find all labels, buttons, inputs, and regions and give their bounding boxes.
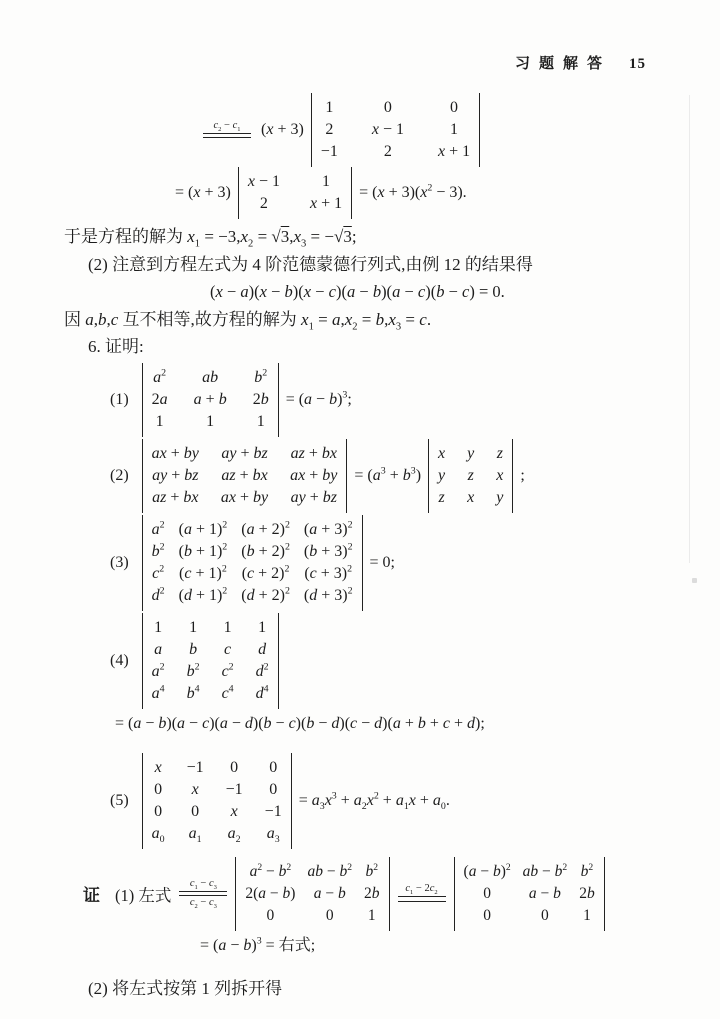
matrix-cell: 0 bbox=[483, 905, 491, 927]
matrix-cell: d2 bbox=[256, 661, 269, 683]
matrix-cell: b4 bbox=[187, 683, 200, 705]
item-rhs: = a3x3 + a2x2 + a1x + a0. bbox=[299, 792, 450, 810]
matrix-cell: b2 bbox=[187, 661, 200, 683]
matrix-cell: x + 1 bbox=[438, 141, 470, 163]
matrix-cell: (a + 3)2 bbox=[304, 519, 353, 541]
matrix-cell: x bbox=[155, 757, 162, 779]
determinant-3x3: 1002x − 11−12x + 1 bbox=[311, 93, 480, 167]
matrix-cell: ax + by bbox=[290, 465, 337, 487]
matrix-cell: y bbox=[467, 443, 474, 465]
page-header: 习题解答 15 bbox=[64, 52, 658, 73]
matrix-cell: 1 bbox=[325, 97, 333, 119]
equation-step-1: c2 − c1 (x + 3) 1002x − 11−12x + 1 bbox=[200, 93, 658, 167]
determinant-2x2: x − 112x + 1 bbox=[238, 167, 352, 219]
matrix-cell: 1 bbox=[450, 119, 458, 141]
matrix-cell: a0 bbox=[152, 823, 165, 845]
matrix-cell: d4 bbox=[256, 683, 269, 705]
matrix-cell: −1 bbox=[187, 757, 204, 779]
matrix-cell: y bbox=[438, 465, 445, 487]
matrix-cell: b2 bbox=[365, 861, 378, 883]
matrix-cell: 1 bbox=[154, 617, 162, 639]
matrix-cell: (d + 3)2 bbox=[304, 585, 353, 607]
matrix-cell: ab − b2 bbox=[523, 861, 568, 883]
matrix-cell: c4 bbox=[222, 683, 234, 705]
textbook-page: 习题解答 15 c2 − c1 (x + 3) 1002x − 11−12x +… bbox=[0, 0, 720, 1019]
matrix-cell: 1 bbox=[368, 905, 376, 927]
matrix-cell: 2a bbox=[152, 389, 168, 411]
factor: (x + 3) bbox=[261, 121, 304, 139]
matrix-cell: ab bbox=[202, 367, 218, 389]
matrix-cell: 0 bbox=[450, 97, 458, 119]
matrix-cell: x + 1 bbox=[310, 193, 342, 215]
solution-part2-equation: (x − a)(x − b)(x − c)(a − b)(a − c)(b − … bbox=[64, 278, 658, 306]
matrix-cell: 1 bbox=[206, 411, 214, 433]
matrix-cell: 2b bbox=[364, 883, 380, 905]
matrix-cell: 0 bbox=[191, 801, 199, 823]
matrix-cell: 0 bbox=[483, 883, 491, 905]
problem6-item-2: (2) ax + byay + bzaz + bxay + bzaz + bxa… bbox=[110, 439, 658, 513]
solution-text-block: 于是方程的解为 x1 = −3,x2 = √3,x3 = −√3; (2) 注意… bbox=[64, 223, 658, 361]
matrix-cell: (c + 2)2 bbox=[242, 563, 290, 585]
matrix-cell: 2 bbox=[384, 141, 392, 163]
matrix-cell: x bbox=[231, 801, 238, 823]
solution-part2-text: (2) 注意到方程左式为 4 阶范德蒙德行列式,由例 12 的结果得 bbox=[64, 251, 658, 279]
matrix-cell: a2 bbox=[228, 823, 241, 845]
matrix-cell: (a + 2)2 bbox=[241, 519, 290, 541]
matrix-cell: x − 1 bbox=[248, 171, 280, 193]
matrix-cell: d bbox=[258, 639, 266, 661]
matrix-cell: 0 bbox=[230, 757, 238, 779]
item-4-result: = (a − b)(a − c)(a − d)(b − c)(b − d)(c … bbox=[115, 711, 658, 737]
scan-artifact-speck bbox=[692, 578, 697, 583]
matrix-cell: (b + 2)2 bbox=[241, 541, 290, 563]
matrix-cell: 2b bbox=[253, 389, 269, 411]
long-equal-bar bbox=[398, 896, 446, 902]
determinant-4x4: a2(a + 1)2(a + 2)2(a + 3)2b2(b + 1)2(b +… bbox=[142, 515, 363, 611]
matrix-cell: 1 bbox=[189, 617, 197, 639]
item-rhs: = (a − b)3; bbox=[286, 391, 352, 409]
determinant-3x3: ax + byay + bzaz + bxay + bzaz + bxax + … bbox=[142, 439, 348, 513]
long-equal-bar bbox=[179, 891, 227, 897]
matrix-cell: (b + 1)2 bbox=[179, 541, 228, 563]
matrix-cell: a + b bbox=[194, 389, 227, 411]
matrix-cell: a4 bbox=[152, 683, 165, 705]
matrix-cell: x bbox=[192, 779, 199, 801]
matrix-cell: 1 bbox=[322, 171, 330, 193]
matrix-cell: 0 bbox=[267, 905, 275, 927]
matrix-cell: 0 bbox=[269, 779, 277, 801]
matrix-cell: ay + bz bbox=[221, 443, 267, 465]
matrix-cell: a − b bbox=[314, 883, 346, 905]
matrix-cell: x bbox=[438, 443, 445, 465]
matrix-cell: (a − b)2 bbox=[464, 861, 511, 883]
proof-lead: 证 bbox=[83, 881, 100, 906]
matrix-cell: y bbox=[496, 487, 503, 509]
solution-conclusion-1: 于是方程的解为 x1 = −3,x2 = √3,x3 = −√3; bbox=[64, 223, 658, 251]
matrix-cell: ab − b2 bbox=[307, 861, 352, 883]
matrix-cell: a − b bbox=[529, 883, 561, 905]
problem6-heading: 6. 证明: bbox=[64, 333, 658, 361]
header-title: 习题解答 bbox=[515, 52, 611, 73]
matrix-cell: b2 bbox=[152, 541, 165, 563]
column-operation-label-top: c1 − c3 bbox=[190, 879, 217, 890]
step2-prefix: = (x + 3) bbox=[175, 184, 231, 202]
matrix-cell: a2 bbox=[153, 367, 166, 389]
matrix-cell: ax + by bbox=[221, 487, 268, 509]
item-label: (3) bbox=[110, 554, 129, 572]
matrix-cell: −1 bbox=[321, 141, 338, 163]
matrix-cell: x bbox=[496, 465, 503, 487]
matrix-cell: (d + 2)2 bbox=[241, 585, 290, 607]
matrix-cell: a2 − b2 bbox=[250, 861, 292, 883]
determinant-3x3: (a − b)2ab − b2b20a − b2b001 bbox=[454, 857, 605, 931]
equation-step-2: = (x + 3) x − 112x + 1 = (x + 3)(x2 − 3)… bbox=[175, 167, 658, 219]
matrix-cell: 1 bbox=[583, 905, 591, 927]
scan-artifact-line bbox=[689, 95, 690, 563]
matrix-cell: b2 bbox=[254, 367, 267, 389]
matrix-cell: −1 bbox=[265, 801, 282, 823]
matrix-cell: a bbox=[154, 639, 162, 661]
proof-intro: (1) 左式 bbox=[115, 882, 171, 906]
matrix-cell: 1 bbox=[258, 617, 266, 639]
item-rhs: = 0; bbox=[370, 554, 395, 572]
determinant-3x3: xyzyzxzxy bbox=[428, 439, 513, 513]
step2-result: = (x + 3)(x2 − 3). bbox=[359, 184, 467, 202]
problem6-item-3: (3) a2(a + 1)2(a + 2)2(a + 3)2b2(b + 1)2… bbox=[110, 515, 658, 611]
column-operation-equal: c1 − 2c2 bbox=[398, 884, 446, 903]
column-operation-label-bottom: c2 − c3 bbox=[190, 898, 217, 909]
determinant-3x3: a2 − b2ab − b2b22(a − b)a − b2b001 bbox=[235, 857, 389, 931]
item-label: (5) bbox=[110, 792, 129, 810]
item-label: (1) bbox=[110, 391, 129, 409]
matrix-cell: az + bx bbox=[221, 465, 267, 487]
matrix-cell: ax + by bbox=[152, 443, 199, 465]
problem6-item-5: (5) x−1000x−1000x−1a0a1a2a3 = a3x3 + a2x… bbox=[110, 753, 658, 849]
problem6-item-1: (1) a2abb22aa + b2b111 = (a − b)3; bbox=[110, 363, 658, 437]
matrix-cell: 2(a − b) bbox=[245, 883, 295, 905]
item-label: (2) bbox=[110, 467, 129, 485]
matrix-cell: a3 bbox=[267, 823, 280, 845]
page-number: 15 bbox=[629, 56, 646, 73]
matrix-cell: −1 bbox=[226, 779, 243, 801]
matrix-cell: ay + bz bbox=[152, 465, 198, 487]
matrix-cell: a1 bbox=[189, 823, 202, 845]
problem6-item-4: (4) 1111abcda2b2c2d2a4b4c4d4 bbox=[110, 613, 658, 709]
matrix-cell: c2 bbox=[222, 661, 234, 683]
matrix-cell: 0 bbox=[384, 97, 392, 119]
proof-row: 证 (1) 左式 c1 − c3 c2 − c3 a2 − b2ab − b2b… bbox=[83, 857, 658, 931]
matrix-cell: z bbox=[468, 465, 474, 487]
matrix-cell: 0 bbox=[154, 779, 162, 801]
matrix-cell: c bbox=[224, 639, 231, 661]
column-operation-label: c2 − c1 bbox=[213, 121, 240, 132]
matrix-cell: a2 bbox=[152, 519, 165, 541]
item-label: (4) bbox=[110, 652, 129, 670]
item-tail: ; bbox=[520, 467, 524, 485]
matrix-cell: a2 bbox=[152, 661, 165, 683]
matrix-cell: 0 bbox=[269, 757, 277, 779]
matrix-cell: (d + 1)2 bbox=[179, 585, 228, 607]
matrix-cell: z bbox=[438, 487, 444, 509]
matrix-cell: b2 bbox=[581, 861, 594, 883]
column-operation-equal: c1 − c3 c2 − c3 bbox=[179, 879, 227, 909]
matrix-cell: c2 bbox=[152, 563, 164, 585]
proof-part2: (2) 将左式按第 1 列拆开得 bbox=[64, 975, 658, 1002]
matrix-cell: 2b bbox=[579, 883, 595, 905]
matrix-cell: 0 bbox=[154, 801, 162, 823]
matrix-cell: 1 bbox=[224, 617, 232, 639]
matrix-cell: 1 bbox=[257, 411, 265, 433]
matrix-cell: (b + 3)2 bbox=[304, 541, 353, 563]
matrix-cell: 0 bbox=[541, 905, 549, 927]
matrix-cell: (a + 1)2 bbox=[179, 519, 228, 541]
determinant-3x3: a2abb22aa + b2b111 bbox=[142, 363, 279, 437]
matrix-cell: x bbox=[467, 487, 474, 509]
matrix-cell: 0 bbox=[326, 905, 334, 927]
determinant-4x4: 1111abcda2b2c2d2a4b4c4d4 bbox=[142, 613, 279, 709]
solution-part2-conclusion: 因 a,b,c 互不相等,故方程的解为 x1 = a,x2 = b,x3 = c… bbox=[64, 306, 658, 334]
item-mid: = (a3 + b3) bbox=[354, 467, 421, 485]
matrix-cell: az + bx bbox=[291, 443, 337, 465]
matrix-cell: x − 1 bbox=[372, 119, 404, 141]
matrix-cell: 2 bbox=[260, 193, 268, 215]
matrix-cell: b bbox=[189, 639, 197, 661]
matrix-cell: (c + 3)2 bbox=[304, 563, 352, 585]
matrix-cell: 1 bbox=[156, 411, 164, 433]
column-operation-label-top: c1 − 2c2 bbox=[405, 884, 437, 895]
determinant-4x4: x−1000x−1000x−1a0a1a2a3 bbox=[142, 753, 292, 849]
matrix-cell: z bbox=[497, 443, 503, 465]
matrix-cell: ay + bz bbox=[291, 487, 337, 509]
long-equal-bar bbox=[203, 133, 251, 139]
proof-result: = (a − b)3 = 右式; bbox=[200, 933, 658, 959]
column-operation-equal: c2 − c1 bbox=[203, 121, 251, 140]
matrix-cell: az + bx bbox=[152, 487, 198, 509]
matrix-cell: (c + 1)2 bbox=[179, 563, 227, 585]
matrix-cell: d2 bbox=[152, 585, 165, 607]
matrix-cell: 2 bbox=[325, 119, 333, 141]
